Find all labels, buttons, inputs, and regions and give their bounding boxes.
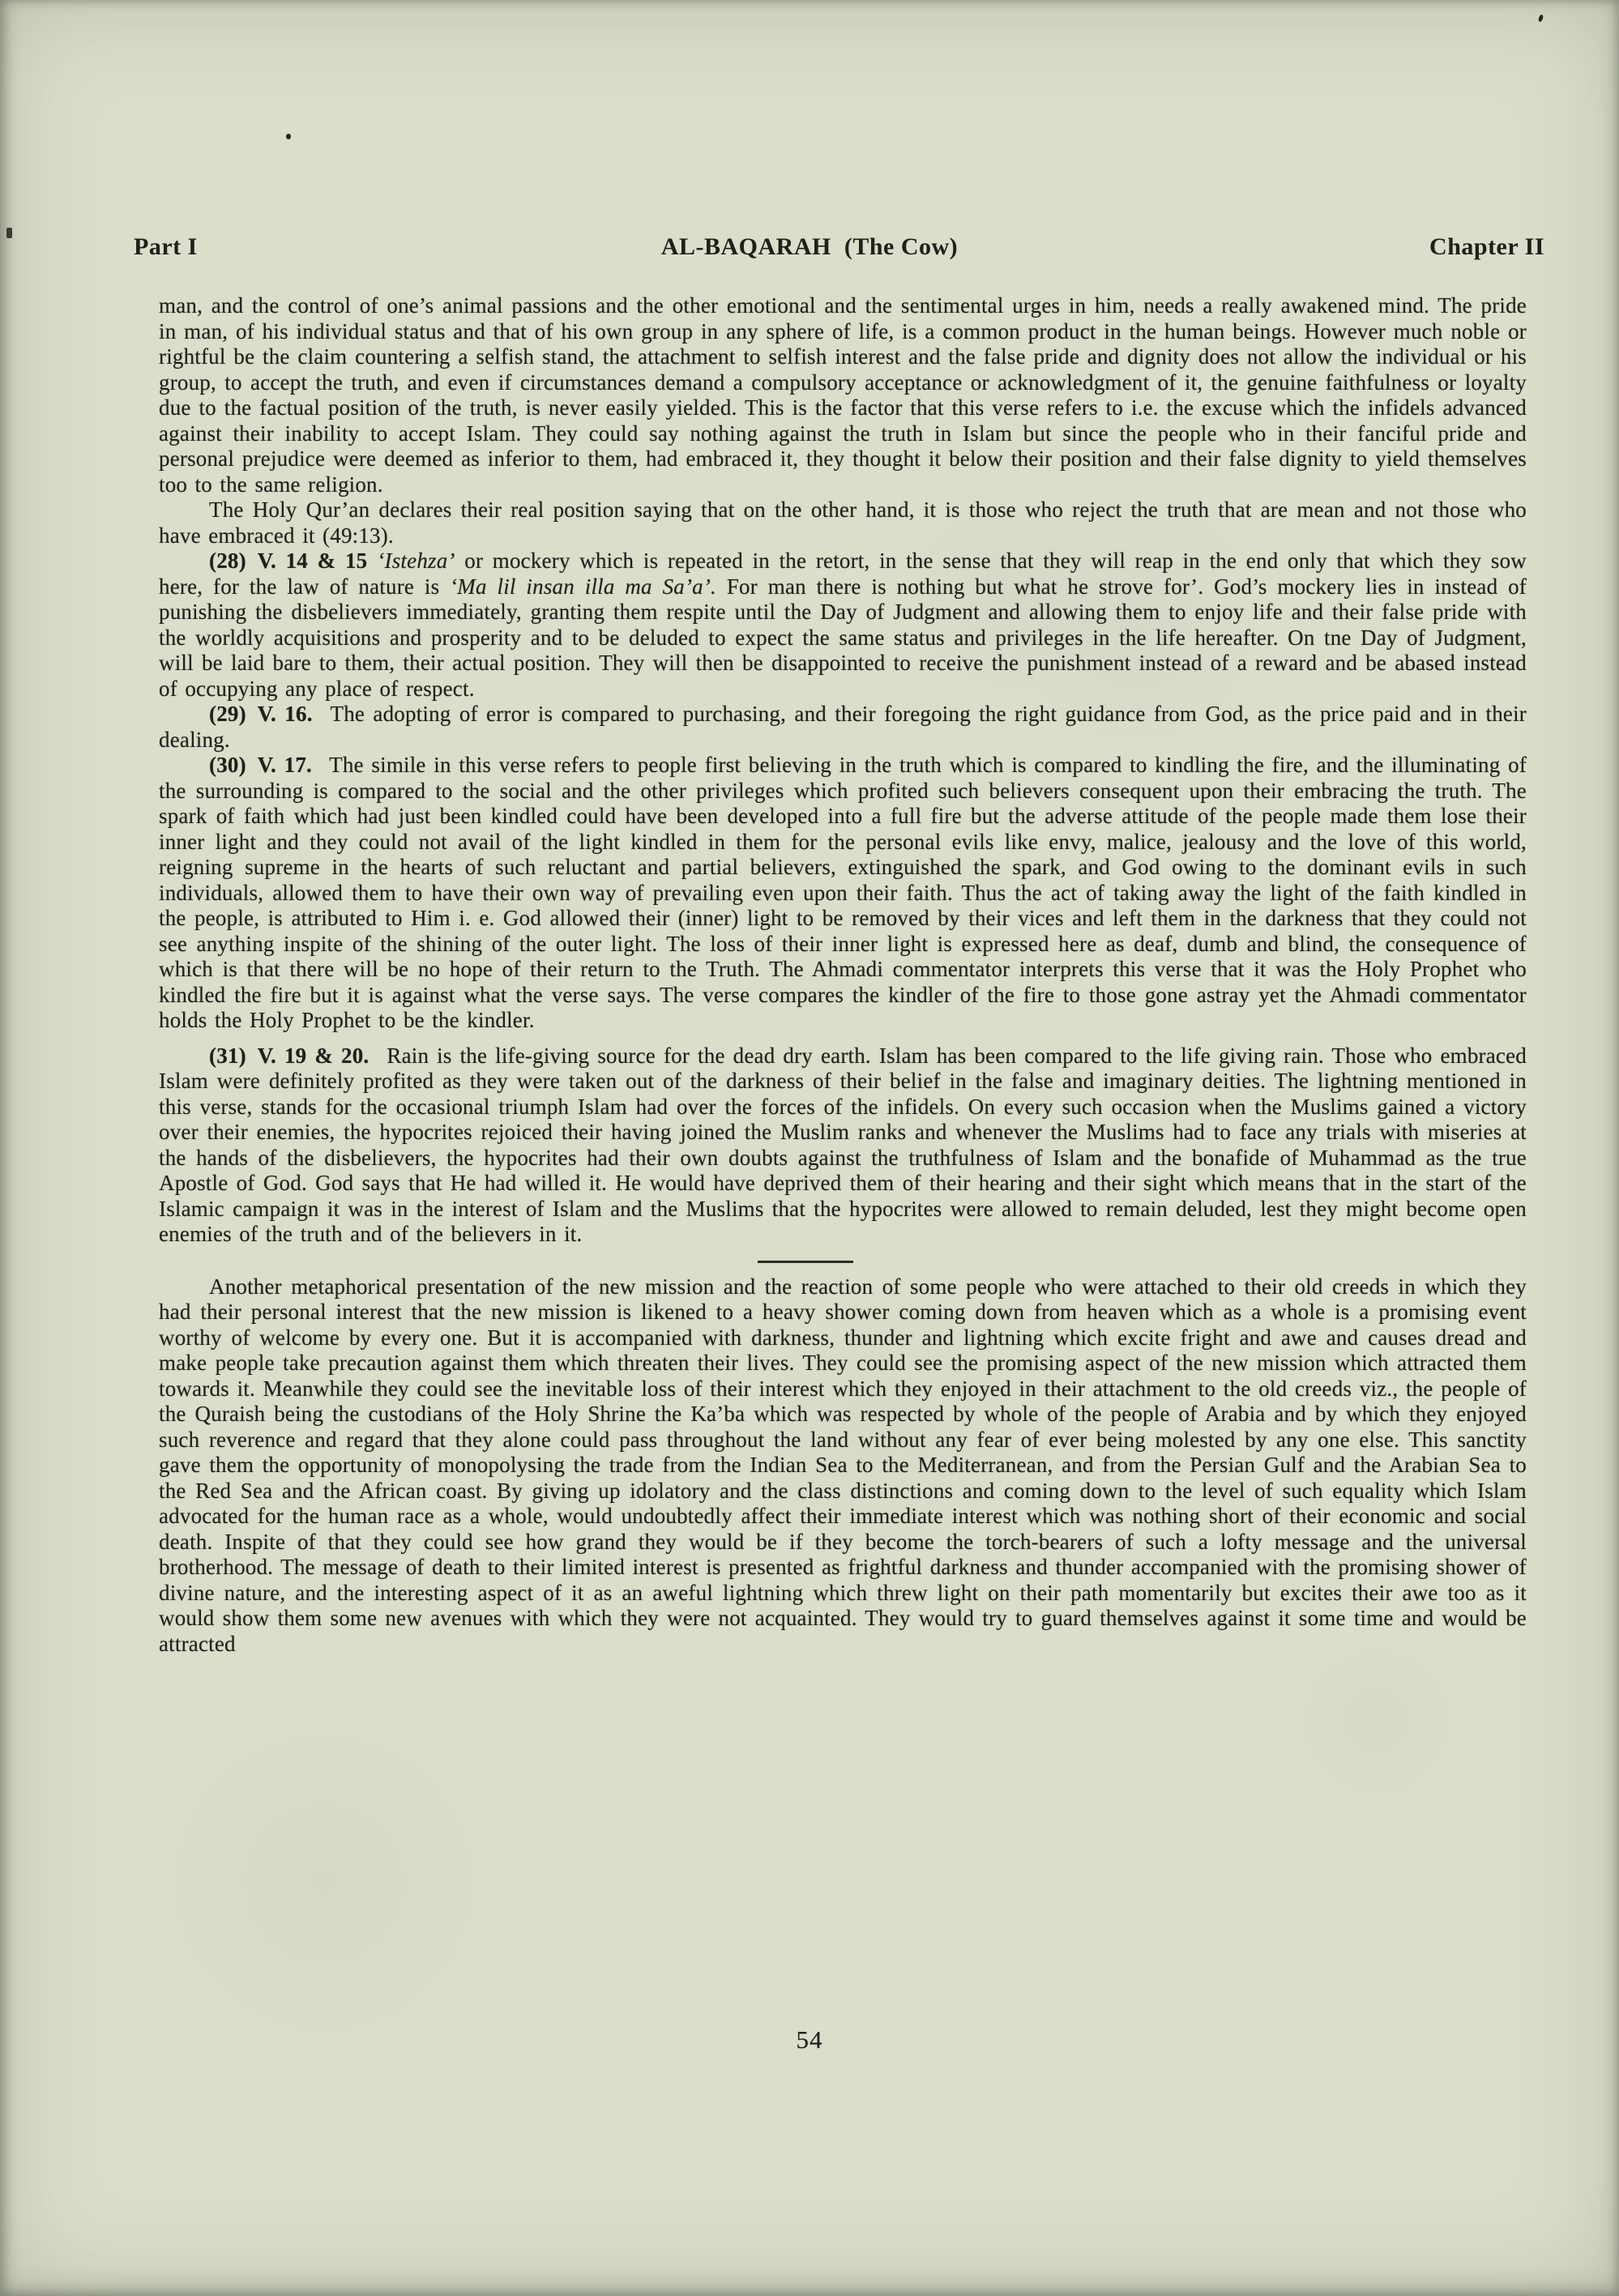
note-number: (31) (209, 1043, 258, 1068)
paragraph-note-30: (30)V. 17. The simile in this verse refe… (159, 753, 1527, 1034)
paragraph-note-28: (28)V. 14 & 15‘Istehza’ or mockery which… (159, 548, 1527, 702)
verse-reference: V. 19 & 20. (258, 1043, 379, 1068)
paragraph-another-presentation: Another metaphorical presentation of the… (159, 1274, 1527, 1658)
note-number: (29) (209, 702, 258, 726)
note-text: The simile in this verse refers to peopl… (159, 753, 1527, 1032)
paragraph-note-29: (29)V. 16. The adopting of error is comp… (159, 702, 1527, 753)
verse-reference: V. 14 & 15 (258, 548, 378, 573)
page-body: man, and the control of one’s animal pas… (159, 293, 1527, 1657)
scan-speck (1538, 14, 1544, 22)
scan-speck (286, 134, 291, 139)
note-number: (28) (209, 548, 258, 573)
note-text: Rain is the life-giving source for the d… (159, 1043, 1527, 1247)
note-text: The adopting of error is compared to pur… (159, 702, 1527, 752)
page-header: Part I AL-BAQARAH (The Cow) Chapter II (0, 233, 1619, 266)
note-number: (30) (209, 753, 258, 777)
header-surah-title: AL-BAQARAH (The Cow) (0, 233, 1619, 261)
italic-quote: ‘Ma lil insan illa ma Sa’a’. (450, 574, 716, 599)
verse-reference: V. 17. (258, 753, 322, 777)
italic-term: ‘Istehza’ (377, 548, 455, 573)
paragraph-continuation: man, and the control of one’s animal pas… (159, 293, 1527, 497)
verse-reference: V. 16. (258, 702, 323, 726)
page-number: 54 (0, 2025, 1619, 2055)
scanned-book-page: Part I AL-BAQARAH (The Cow) Chapter II m… (0, 0, 1619, 2296)
paragraph-note-31: (31)V. 19 & 20. Rain is the life-giving … (159, 1043, 1527, 1248)
section-divider-rule (758, 1261, 853, 1263)
paragraph-holy-quran: The Holy Qur’an declares their real posi… (159, 497, 1527, 548)
header-chapter-label: Chapter II (1429, 233, 1544, 261)
